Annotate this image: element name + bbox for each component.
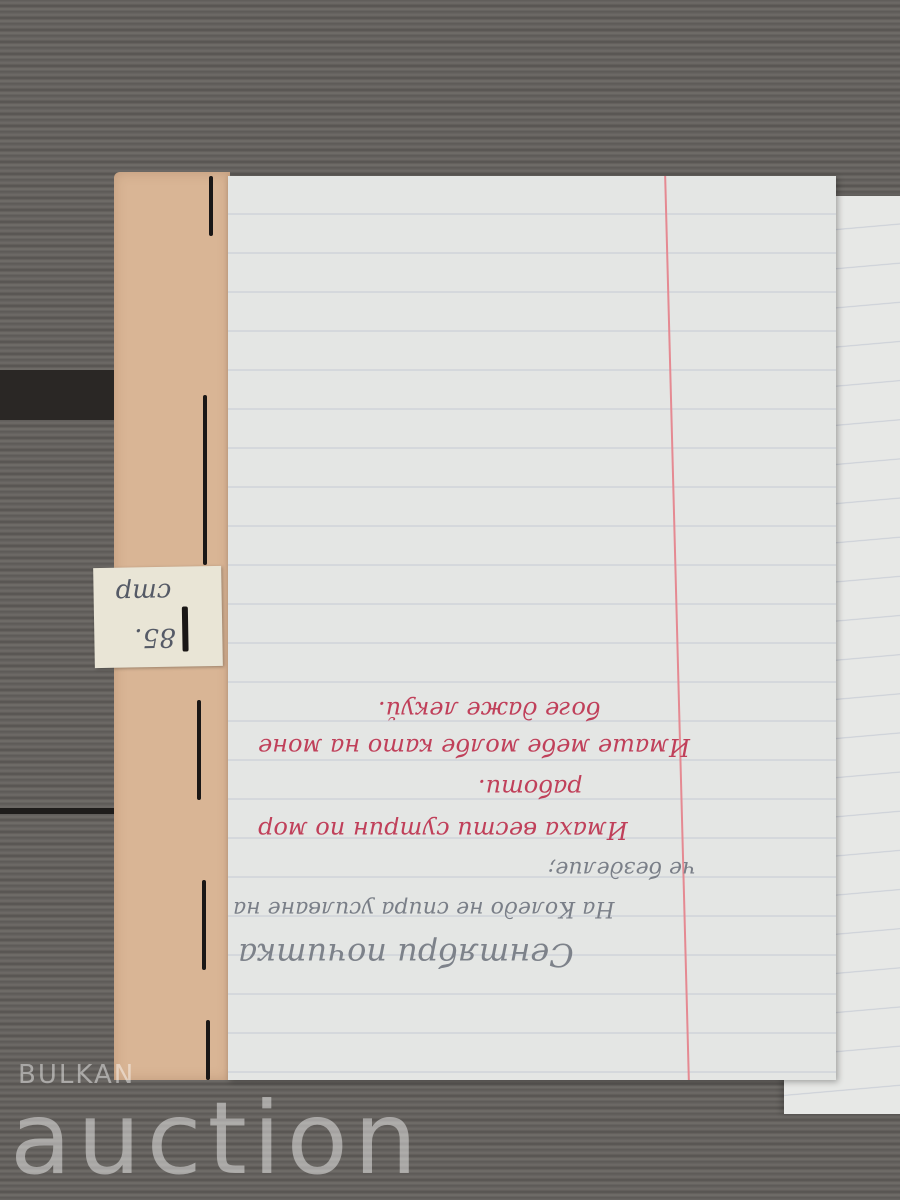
margin-line	[664, 176, 690, 1080]
handwritten-pencil-line: че безделие;	[548, 856, 696, 881]
binding-stitch	[206, 1020, 210, 1080]
label-number: 85.	[134, 622, 176, 653]
handwritten-red-line: Имаха вести сутрин по мор	[258, 816, 628, 844]
binding-stitch	[203, 395, 207, 565]
binding-stitch	[202, 880, 206, 970]
handwritten-red-line: работи.	[478, 774, 583, 802]
watermark-word: auction	[10, 1080, 423, 1197]
notebook-page: Сентябри почитка На Коледо не спира усил…	[228, 176, 836, 1080]
handwritten-red-line: боге даже лекуй.	[378, 696, 601, 724]
handwritten-title: Сентябри почитка	[238, 936, 574, 974]
binding-stitch	[182, 606, 189, 651]
binding-stitch	[197, 700, 201, 800]
page-count-label: стр 85.	[93, 566, 223, 668]
handwritten-pencil-line: На Коледо не спира усилване на	[233, 896, 614, 921]
label-unit: стр	[115, 577, 171, 608]
handwritten-red-line: Имаше мебе молбе като на моне	[258, 733, 690, 761]
binding-stitch	[209, 176, 213, 236]
